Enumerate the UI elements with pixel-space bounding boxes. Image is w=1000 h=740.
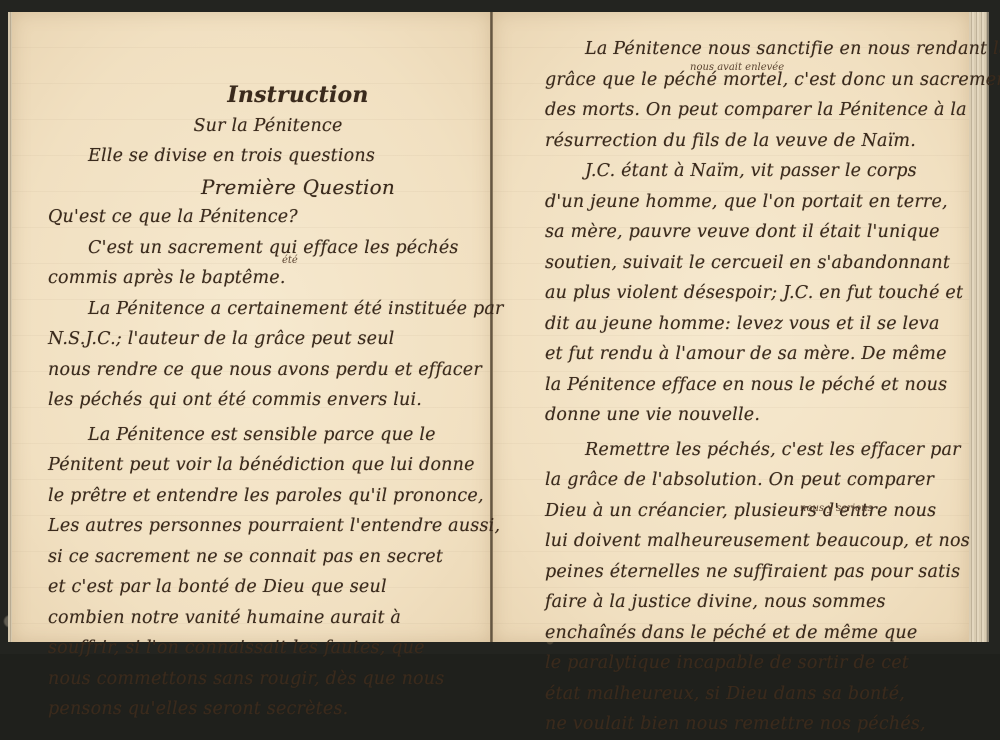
division-note: Elle se divise en trois questions bbox=[48, 141, 488, 172]
text-line: nous rendre ce que nous avons perdu et e… bbox=[48, 355, 488, 386]
text-line: lui doivent malheureusement beaucoup, et… bbox=[545, 526, 965, 557]
text-line: soutien, suivait le cercueil en s'abando… bbox=[545, 248, 965, 279]
text-line: et fut rendu à l'amour de sa mère. De mê… bbox=[545, 339, 965, 370]
text-line: enchaînés dans le péché et de même que bbox=[545, 618, 965, 649]
text-line: N.S.J.C.; l'auteur de la grâce peut seul bbox=[48, 324, 488, 355]
text-line: la Pénitence efface en nous le péché et … bbox=[545, 370, 965, 401]
text-line: Remettre les péchés, c'est les effacer p… bbox=[545, 435, 965, 466]
text-line: des morts. On peut comparer la Pénitence… bbox=[545, 95, 965, 126]
text-line: J.C. étant à Naïm, vit passer le corps bbox=[545, 156, 965, 187]
text-line: Les autres personnes pourraient l'entend… bbox=[48, 511, 488, 542]
text-line: La Pénitence a certainement été institué… bbox=[48, 294, 488, 325]
text-line: La Pénitence nous sanctifie en nous rend… bbox=[545, 34, 965, 65]
text-line: le paralytique incapable de sortir de ce… bbox=[545, 648, 965, 654]
text-line: faire à la justice divine, nous sommes bbox=[545, 587, 965, 618]
text-line: commis après le baptême. bbox=[48, 263, 488, 294]
text-line: d'un jeune homme, que l'on portait en te… bbox=[545, 187, 965, 218]
text-line: résurrection du fils de la veuve de Naïm… bbox=[545, 126, 965, 157]
text-line: la grâce de l'absolution. On peut compar… bbox=[545, 465, 965, 496]
right-page-text: La Pénitence nous sanctifie en nous rend… bbox=[545, 34, 965, 654]
text-line: La Pénitence est sensible parce que le bbox=[48, 420, 488, 451]
text-line: donne une vie nouvelle. bbox=[545, 400, 965, 431]
text-line: et c'est par la bonté de Dieu que seul bbox=[48, 572, 488, 603]
text-line: au plus violent désespoir; J.C. en fut t… bbox=[545, 278, 965, 309]
left-page-text: Instruction Sur la Pénitence Elle se div… bbox=[48, 80, 488, 654]
text-line: Qu'est ce que la Pénitence? bbox=[48, 202, 488, 233]
text-line: sa mère, pauvre veuve dont il était l'un… bbox=[545, 217, 965, 248]
text-line: si ce sacrement ne se connait pas en sec… bbox=[48, 542, 488, 573]
notebook-spread: Instruction Sur la Pénitence Elle se div… bbox=[0, 0, 1000, 654]
text-line: Pénitent peut voir la bénédiction que lu… bbox=[48, 450, 488, 481]
text-line: les péchés qui ont été commis envers lui… bbox=[48, 385, 488, 416]
text-line: peines éternelles ne suffiraient pas pou… bbox=[545, 557, 965, 588]
text-line: Dieu à un créancier, plusieurs d'entre n… bbox=[545, 496, 965, 527]
text-line: dit au jeune homme: levez vous et il se … bbox=[545, 309, 965, 340]
section-heading: Première Question bbox=[48, 172, 488, 203]
interlinear-correction: nous avait enlevée bbox=[690, 62, 784, 73]
right-page-edges bbox=[969, 12, 989, 642]
text-line: le prêtre et entendre les paroles qu'il … bbox=[48, 481, 488, 512]
interlinear-correction: nous y serions bbox=[800, 503, 873, 514]
document-title: Instruction bbox=[48, 80, 488, 111]
text-line: souffrir, si l'on connaissait les fautes… bbox=[48, 633, 488, 654]
document-subtitle: Sur la Pénitence bbox=[48, 111, 488, 142]
text-line: C'est un sacrement qui efface les péchés bbox=[48, 233, 488, 264]
text-line: combien notre vanité humaine aurait à bbox=[48, 603, 488, 634]
interlinear-correction: été bbox=[282, 255, 298, 266]
